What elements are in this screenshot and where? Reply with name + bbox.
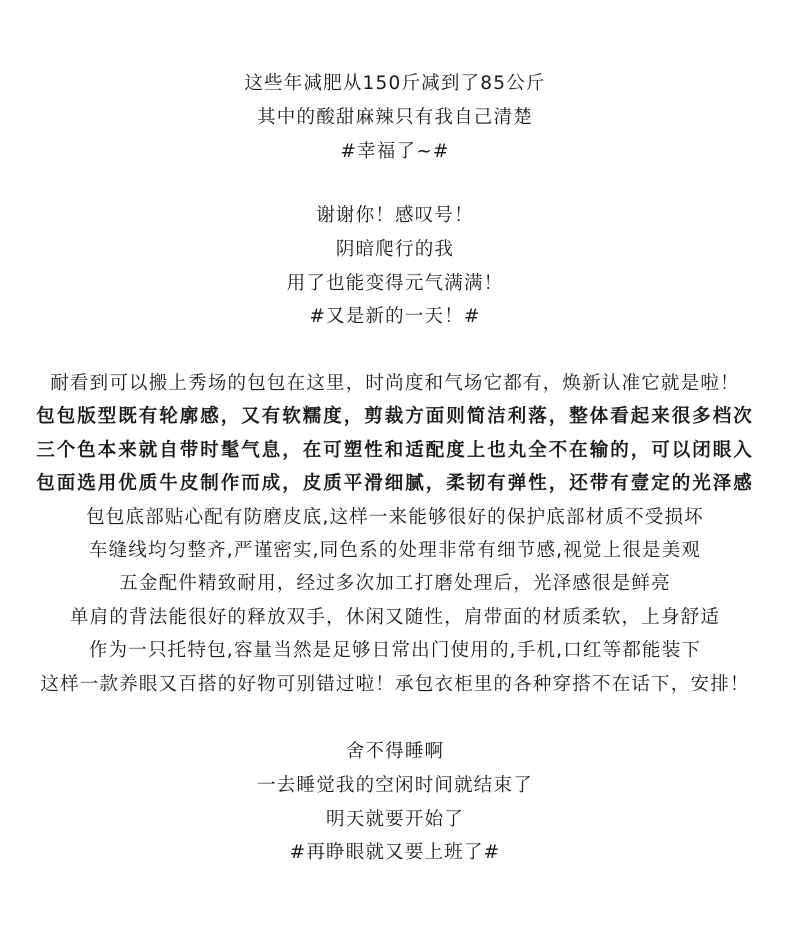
text-line: 这些年减肥从150斤减到了85公斤 bbox=[0, 67, 790, 101]
bold-text-line: 三个色本来就自带时髦气息，在可塑性和适配度上也丸全不在输的，可以闭眼入 bbox=[0, 434, 790, 467]
text-line: 车缝线均匀整齐,严谨密实,同色系的处理非常有细节感,视觉上很是美观 bbox=[0, 534, 790, 567]
paragraph-thanks: 谢谢你！感叹号！ 阴暗爬行的我 用了也能变得元气满满！ #又是新的一天！# bbox=[0, 199, 790, 334]
bold-text-line: 包包版型既有轮廓感，又有软糯度，剪裁方面则简洁利落，整体看起来很多档次 bbox=[0, 400, 790, 433]
hashtag-line: #幸福了~# bbox=[0, 135, 790, 169]
bold-text-line: 包面选用优质牛皮制作而成，皮质平滑细腻，柔韧有弹性，还带有壹定的光泽感 bbox=[0, 467, 790, 500]
hashtag-line: #又是新的一天！# bbox=[0, 300, 790, 334]
text-line: 阴暗爬行的我 bbox=[0, 233, 790, 267]
text-line: 作为一只托特包,容量当然是足够日常出门使用的,手机,口红等都能装下 bbox=[0, 634, 790, 667]
text-line: 其中的酸甜麻辣只有我自己清楚 bbox=[0, 101, 790, 135]
text-line: 舍不得睡啊 bbox=[0, 735, 790, 769]
text-line: 明天就要开始了 bbox=[0, 803, 790, 837]
text-line: 谢谢你！感叹号！ bbox=[0, 199, 790, 233]
text-line: 用了也能变得元气满满！ bbox=[0, 267, 790, 301]
text-line: 包包底部贴心配有防磨皮底,这样一来能够很好的保护底部材质不受损坏 bbox=[0, 501, 790, 534]
text-line: 五金配件精致耐用，经过多次加工打磨处理后，光泽感很是鲜亮 bbox=[0, 567, 790, 600]
paragraph-sleep: 舍不得睡啊 一去睡觉我的空闲时间就结束了 明天就要开始了 #再睁眼就又要上班了# bbox=[0, 735, 790, 870]
paragraph-bag-description: 耐看到可以搬上秀场的包包在这里，时尚度和气场它都有，焕新认准它就是啦！ 包包版型… bbox=[0, 367, 790, 701]
text-line: 单肩的背法能很好的释放双手，休闲又随性，肩带面的材质柔软，上身舒适 bbox=[0, 601, 790, 634]
hashtag-line: #再睁眼就又要上班了# bbox=[0, 836, 790, 870]
text-line: 耐看到可以搬上秀场的包包在这里，时尚度和气场它都有，焕新认准它就是啦！ bbox=[0, 367, 790, 400]
text-line: 这样一款养眼又百搭的好物可别错过啦！承包衣柜里的各种穿搭不在话下，安排！ bbox=[0, 668, 790, 701]
paragraph-weight-loss: 这些年减肥从150斤减到了85公斤 其中的酸甜麻辣只有我自己清楚 #幸福了~# bbox=[0, 67, 790, 168]
text-line: 一去睡觉我的空闲时间就结束了 bbox=[0, 769, 790, 803]
